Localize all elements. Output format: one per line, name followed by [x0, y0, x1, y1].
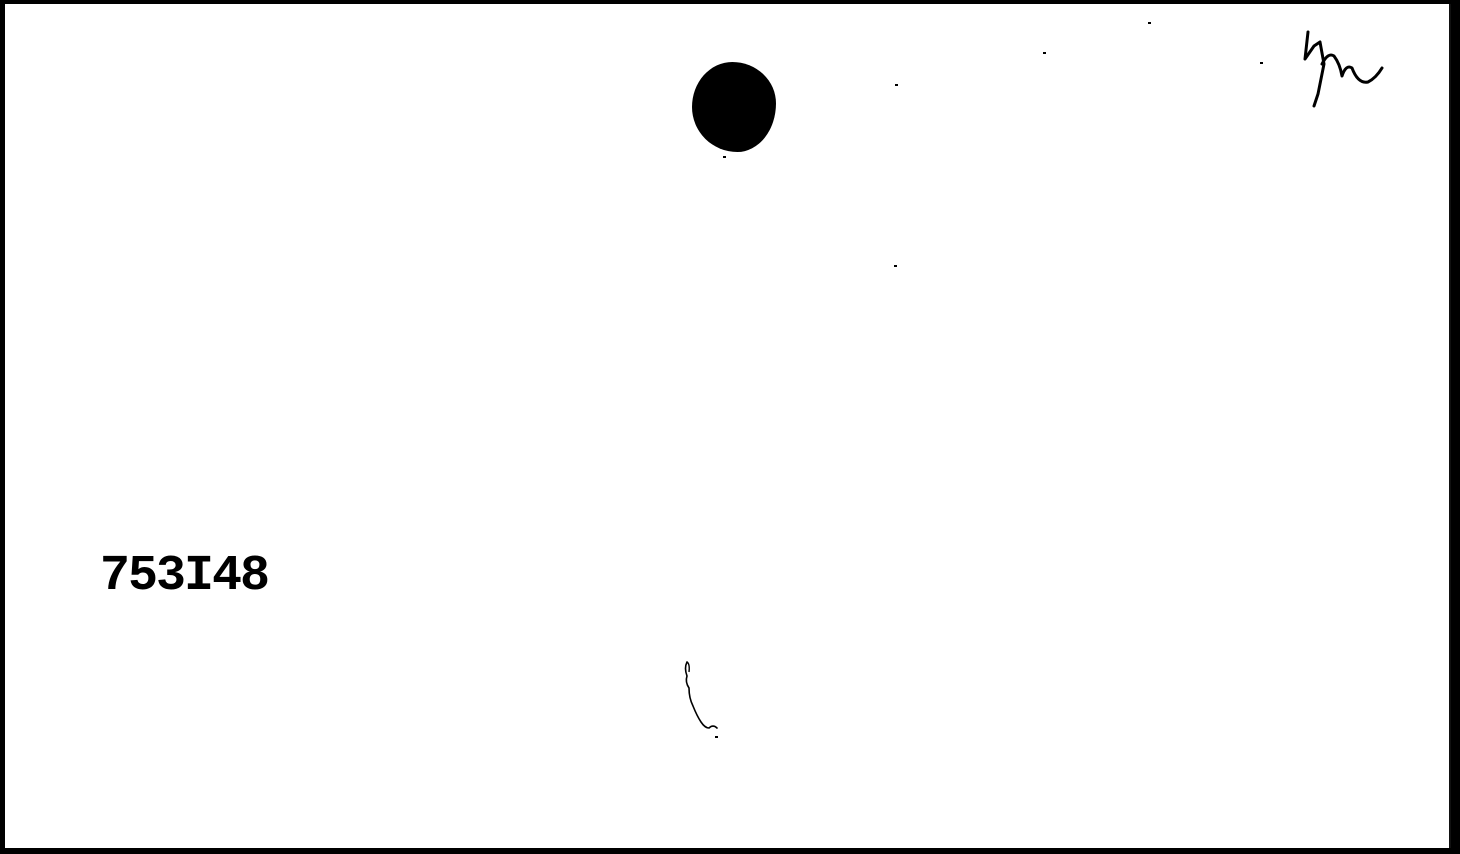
punch-hole	[692, 62, 776, 152]
scan-speck	[723, 156, 726, 158]
scan-speck	[1148, 22, 1151, 24]
scan-speck	[895, 84, 898, 86]
scan-speck	[894, 265, 897, 267]
scan-speck	[1260, 62, 1263, 64]
handwritten-squiggle-mark	[681, 658, 726, 743]
handwritten-initials-mark	[1300, 24, 1390, 114]
scan-speck	[1043, 52, 1046, 54]
card-number: 753I48	[100, 552, 268, 602]
index-card: 753I48	[5, 4, 1451, 848]
